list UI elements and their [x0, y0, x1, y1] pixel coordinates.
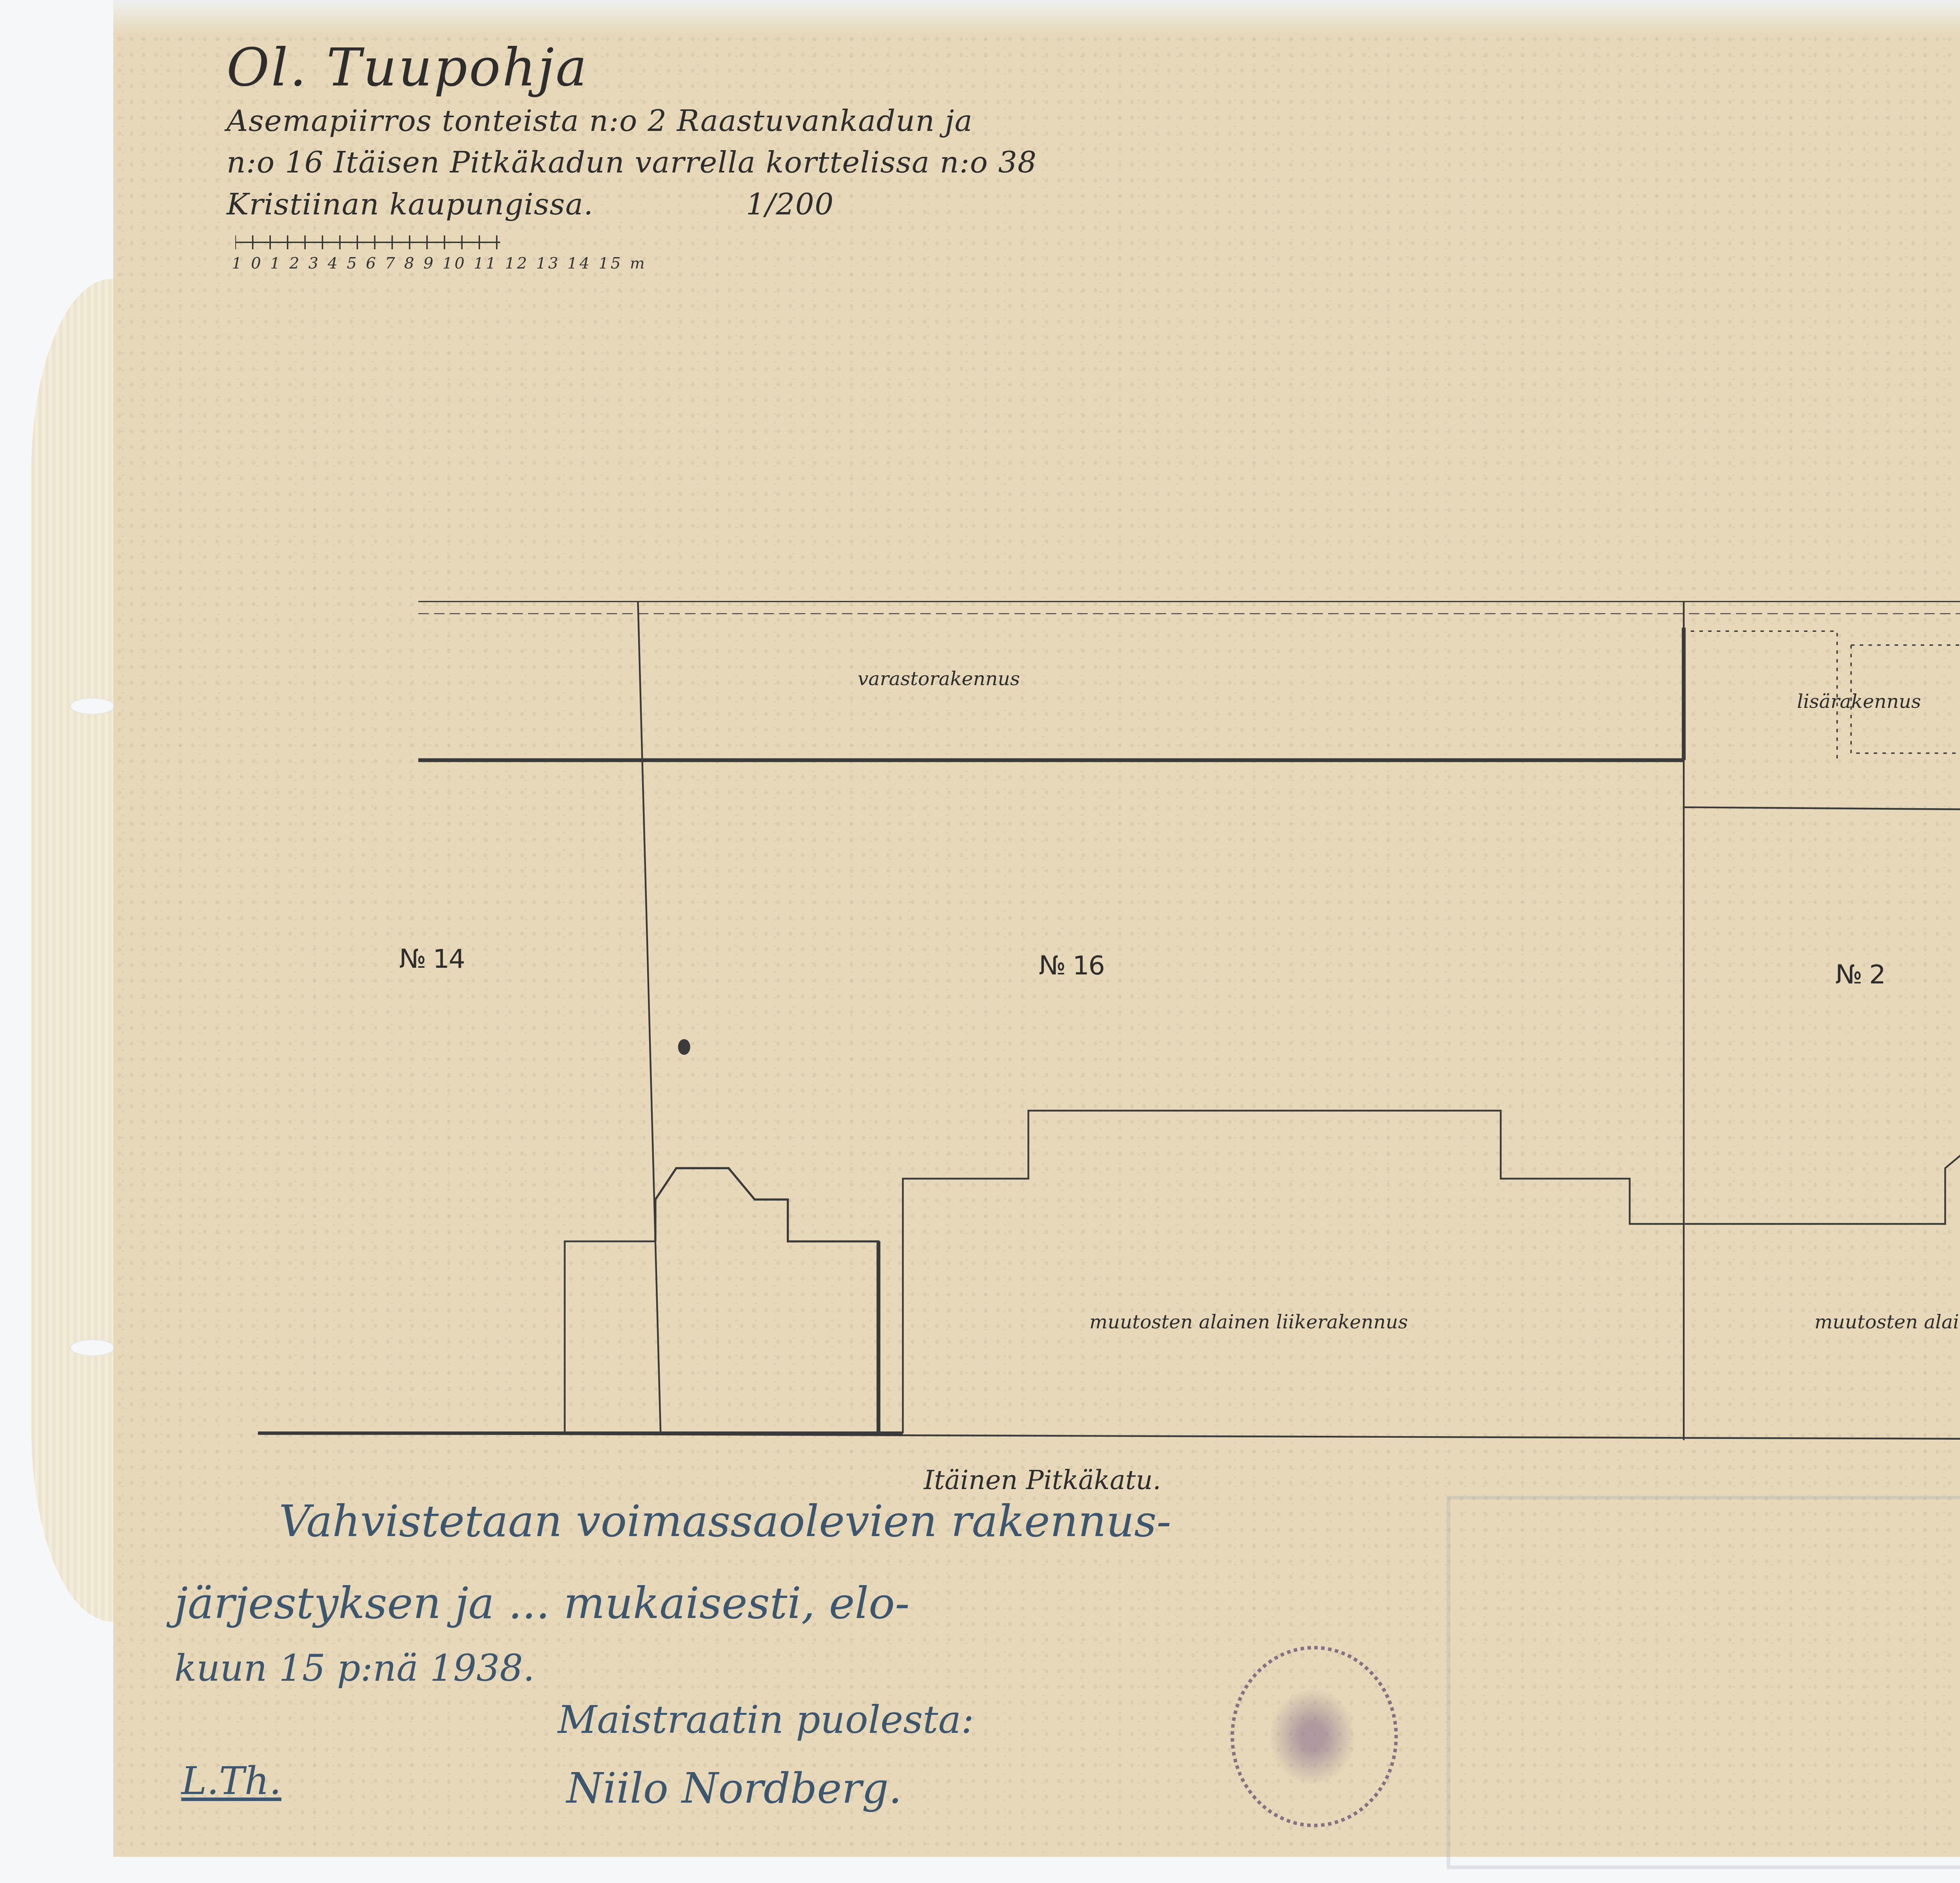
- street-label-bottom: Itäinen Pitkäkatu.: [924, 1464, 1161, 1496]
- signature-label: Maistraatin puolesta:: [558, 1700, 974, 1743]
- lot-number-14: № 14: [399, 943, 465, 974]
- initials: L.Th.: [181, 1761, 281, 1805]
- label-warehouse: varastorakennus: [858, 668, 1020, 691]
- label-front-building-2: muutosten alainen liikerakennus: [1815, 1311, 1960, 1334]
- lot-number-2: № 2: [1835, 959, 1885, 990]
- circular-seal-stamp: [1230, 1646, 1398, 1827]
- signature: Niilo Nordberg.: [566, 1764, 902, 1813]
- approval-note-line-1: Vahvistetaan voimassaolevien rakennus-: [279, 1496, 1171, 1546]
- survey-point-marker: [678, 1039, 690, 1055]
- approval-note-line-3: kuun 15 p:nä 1938.: [174, 1647, 535, 1689]
- lot-number-16: № 16: [1039, 950, 1104, 981]
- faded-stamp-imprint: [1447, 1496, 1960, 1869]
- approval-note-line-2: järjestyksen ja ... mukaisesti, elo-: [174, 1578, 910, 1629]
- label-front-building-16: muutosten alainen liikerakennus: [1089, 1311, 1408, 1334]
- label-outbuilding: lisärakennus: [1797, 690, 1921, 713]
- scanned-document: Ol. Tuupohja Asemapiirros tonteista n:o …: [0, 0, 1960, 1883]
